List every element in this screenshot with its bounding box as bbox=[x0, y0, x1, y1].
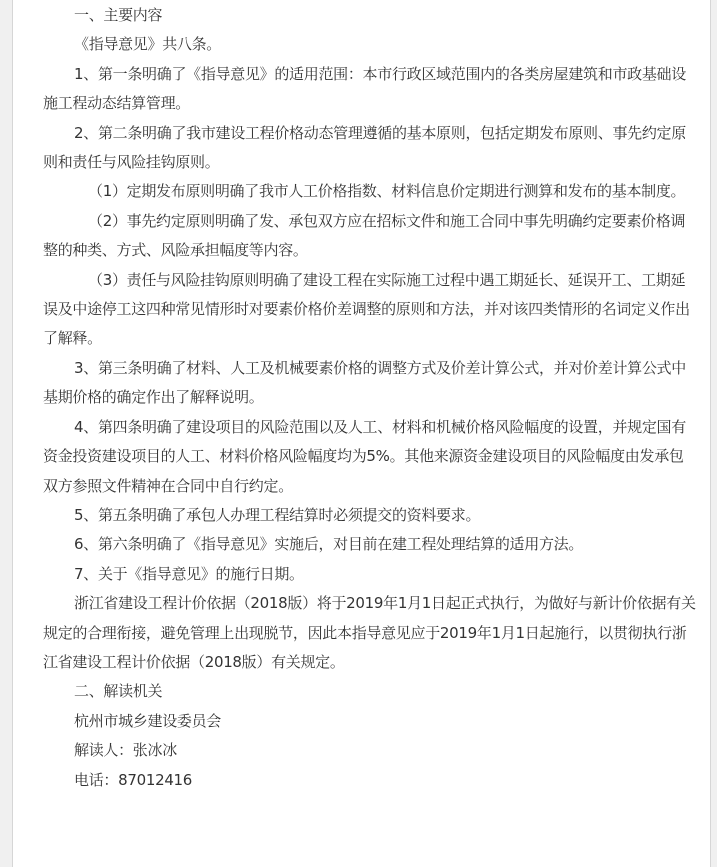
effective-date-paragraph: 浙江省建设工程计价依据（2018版）将于2019年1月1日起正式执行，为做好与新… bbox=[43, 589, 697, 677]
principle-3-paragraph: （3）责任与风险挂钩原则明确了建设工程在实际施工过程中遇工期延长、延误开工、工期… bbox=[43, 266, 697, 354]
article-6-paragraph: 6、第六条明确了《指导意见》实施后，对目前在建工程处理结算的适用方法。 bbox=[43, 530, 697, 559]
document-panel: 一、主要内容 《指导意见》共八条。 1、第一条明确了《指导意见》的适用范围：本市… bbox=[12, 0, 711, 867]
principle-1-paragraph: （1）定期发布原则明确了我市人工价格指数、材料信息价定期进行测算和发布的基本制度… bbox=[43, 177, 697, 206]
article-2-paragraph: 2、第二条明确了我市建设工程价格动态管理遵循的基本原则，包括定期发布原则、事先约… bbox=[43, 119, 697, 178]
article-3-paragraph: 3、第三条明确了材料、人工及机械要素价格的调整方式及价差计算公式，并对价差计算公… bbox=[43, 354, 697, 413]
section-heading-interpreting-agency: 二、解读机关 bbox=[43, 677, 697, 706]
article-5-paragraph: 5、第五条明确了承包人办理工程结算时必须提交的资料要求。 bbox=[43, 501, 697, 530]
article-1-paragraph: 1、第一条明确了《指导意见》的适用范围：本市行政区域范围内的各类房屋建筑和市政基… bbox=[43, 60, 697, 119]
article-4-paragraph: 4、第四条明确了建设项目的风险范围以及人工、材料和机械价格风险幅度的设置，并规定… bbox=[43, 413, 697, 501]
principle-2-paragraph: （2）事先约定原则明确了发、承包双方应在招标文件和施工合同中事先明确约定要素价格… bbox=[43, 207, 697, 266]
agency-name: 杭州市城乡建设委员会 bbox=[43, 707, 697, 736]
interpreter-name: 解读人：张冰冰 bbox=[43, 736, 697, 765]
document-body: 一、主要内容 《指导意见》共八条。 1、第一条明确了《指导意见》的适用范围：本市… bbox=[43, 0, 697, 795]
article-7-paragraph: 7、关于《指导意见》的施行日期。 bbox=[43, 560, 697, 589]
section-heading-main-content: 一、主要内容 bbox=[43, 1, 697, 30]
intro-paragraph: 《指导意见》共八条。 bbox=[43, 30, 697, 59]
contact-phone: 电话：87012416 bbox=[43, 766, 697, 795]
